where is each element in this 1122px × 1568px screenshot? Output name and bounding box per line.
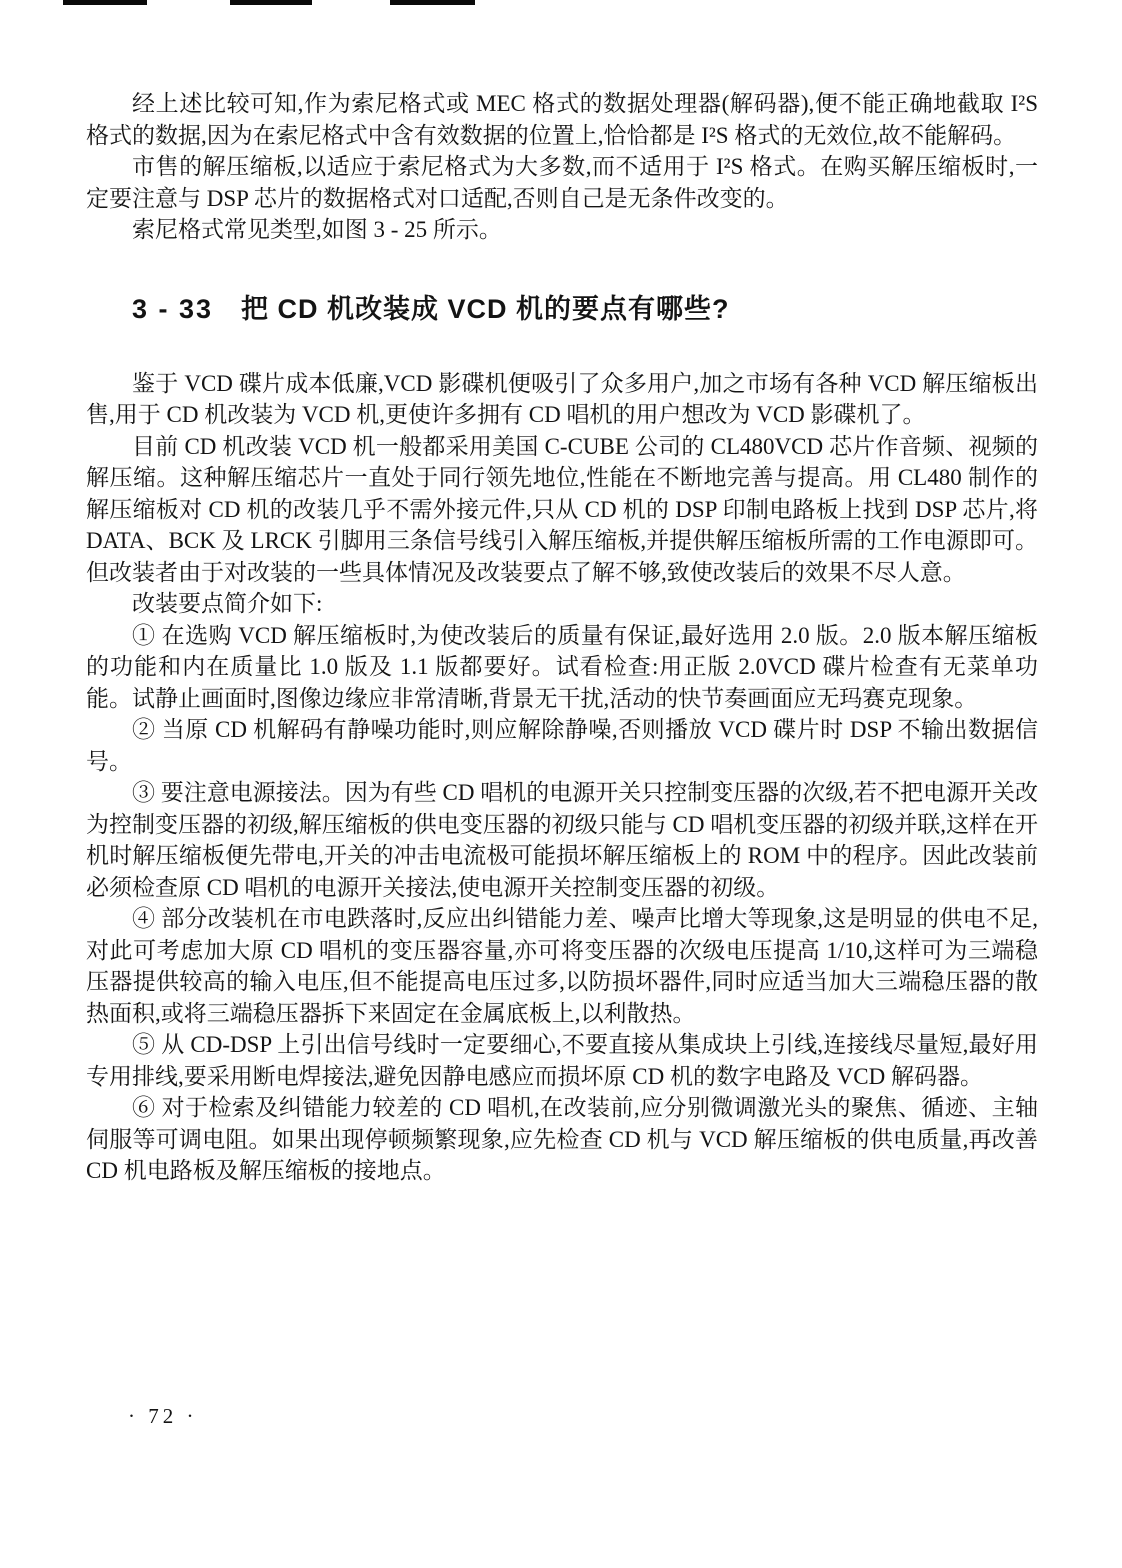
para-point-1: ① 在选购 VCD 解压缩板时,为使改装后的质量有保证,最好选用 2.0 版。2… <box>86 620 1038 715</box>
scanned-book-page: 经上述比较可知,作为索尼格式或 MEC 格式的数据处理器(解码器),便不能正确地… <box>0 0 1122 1568</box>
para-point-3: ③ 要注意电源接法。因为有些 CD 唱机的电源开关只控制变压器的次级,若不把电源… <box>86 777 1038 903</box>
para-point-6: ⑥ 对于检索及纠错能力较差的 CD 唱机,在改装前,应分别微调激光头的聚焦、循迹… <box>86 1092 1038 1187</box>
para-point-2: ② 当原 CD 机解码有静噪功能时,则应解除静噪,否则播放 VCD 碟片时 DS… <box>86 714 1038 777</box>
page-number: · 72 · <box>128 1404 198 1429</box>
para-figure-reference: 索尼格式常见类型,如图 3 - 25 所示。 <box>86 214 1038 246</box>
page-body: 经上述比较可知,作为索尼格式或 MEC 格式的数据处理器(解码器),便不能正确地… <box>86 88 1038 1187</box>
section-number: 3 - 33 <box>132 294 213 324</box>
section-heading: 3 - 33把 CD 机改装成 VCD 机的要点有哪些? <box>132 292 1038 326</box>
para-points-intro: 改装要点简介如下: <box>86 588 1038 620</box>
para-market-boards: 市售的解压缩板,以适应于索尼格式为大多数,而不适用于 I²S 格式。在购买解压缩… <box>86 151 1038 214</box>
scan-artifact-bar <box>390 0 475 5</box>
scan-artifact-bar <box>63 0 147 5</box>
para-cl480-conversion: 目前 CD 机改装 VCD 机一般都采用美国 C-CUBE 公司的 CL480V… <box>86 431 1038 589</box>
para-point-4: ④ 部分改装机在市电跌落时,反应出纠错能力差、噪声比增大等现象,这是明显的供电不… <box>86 903 1038 1029</box>
para-vcd-popularity: 鉴于 VCD 碟片成本低廉,VCD 影碟机便吸引了众多用户,加之市场有各种 VC… <box>86 368 1038 431</box>
para-sony-vs-i2s: 经上述比较可知,作为索尼格式或 MEC 格式的数据处理器(解码器),便不能正确地… <box>86 88 1038 151</box>
section-title: 把 CD 机改装成 VCD 机的要点有哪些? <box>241 294 730 324</box>
para-point-5: ⑤ 从 CD-DSP 上引出信号线时一定要细心,不要直接从集成块上引线,连接线尽… <box>86 1029 1038 1092</box>
scan-artifact-bar <box>230 0 312 5</box>
